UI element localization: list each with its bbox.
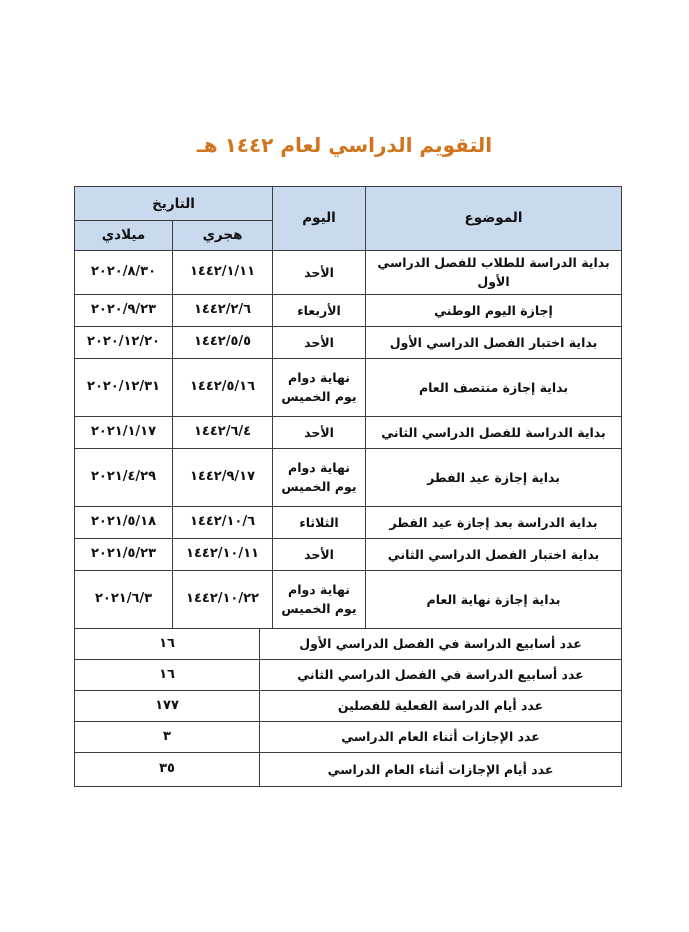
gregorian-date-cell: ٢٠٢٠/١٢/٣١ <box>75 359 172 416</box>
day-cell: الأحد <box>272 327 365 358</box>
day-cell: الأحد <box>272 417 365 448</box>
page-title: التقويم الدراسي لعام ١٤٤٢ هـ <box>0 133 689 157</box>
header-gregorian: ميلادي <box>75 221 172 250</box>
hijri-date-cell: ١٤٤٢/١٠/٢٢ <box>172 571 272 628</box>
table-row: بداية الدراسة للفصل الدراسي الثاني الأحد… <box>75 417 621 449</box>
summary-value: ١٦ <box>75 629 259 659</box>
gregorian-date-cell: ٢٠٢١/٥/١٨ <box>75 507 172 538</box>
day-cell: الأحد <box>272 539 365 570</box>
gregorian-date-cell: ٢٠٢٠/٩/٢٣ <box>75 295 172 326</box>
day-cell: نهاية دوام يوم الخميس <box>272 449 365 506</box>
summary-label: عدد أسابيع الدراسة في الفصل الدراسي الأو… <box>259 629 621 659</box>
subject-cell: بداية الدراسة بعد إجازة عيد الفطر <box>365 507 621 538</box>
header-date-group: التاريخ هجري ميلادي <box>75 187 272 250</box>
table-row: بداية الدراسة للطلاب للفصل الدراسي الأول… <box>75 251 621 295</box>
table-row: بداية اختبار الفصل الدراسي الأول الأحد ١… <box>75 327 621 359</box>
hijri-date-cell: ١٤٤٢/٢/٦ <box>172 295 272 326</box>
hijri-date-cell: ١٤٤٢/٥/١٦ <box>172 359 272 416</box>
calendar-table: الموضوع اليوم التاريخ هجري ميلادي بداية … <box>74 186 622 787</box>
hijri-date-cell: ١٤٤٢/٩/١٧ <box>172 449 272 506</box>
subject-cell: بداية إجازة نهاية العام <box>365 571 621 628</box>
subject-cell: بداية اختبار الفصل الدراسي الأول <box>365 327 621 358</box>
summary-row: عدد أيام الدراسة الفعلية للفصلين ١٧٧ <box>75 691 621 722</box>
summary-row: عدد أسابيع الدراسة في الفصل الدراسي الثا… <box>75 660 621 691</box>
hijri-date-cell: ١٤٤٢/١/١١ <box>172 251 272 294</box>
header-hijri: هجري <box>172 221 272 250</box>
day-cell: الأربعاء <box>272 295 365 326</box>
subject-cell: بداية الدراسة للطلاب للفصل الدراسي الأول <box>365 251 621 294</box>
summary-row: عدد الإجازات أثناء العام الدراسي ٣ <box>75 722 621 753</box>
header-date: التاريخ <box>75 187 272 221</box>
gregorian-date-cell: ٢٠٢١/١/١٧ <box>75 417 172 448</box>
table-row: بداية إجازة نهاية العام نهاية دوام يوم ا… <box>75 571 621 629</box>
summary-value: ٣ <box>75 722 259 752</box>
table-row: بداية الدراسة بعد إجازة عيد الفطر الثلاث… <box>75 507 621 539</box>
gregorian-date-cell: ٢٠٢٠/٨/٣٠ <box>75 251 172 294</box>
hijri-date-cell: ١٤٤٢/١٠/٦ <box>172 507 272 538</box>
subject-cell: بداية الدراسة للفصل الدراسي الثاني <box>365 417 621 448</box>
summary-label: عدد أيام الإجازات أثناء العام الدراسي <box>259 753 621 786</box>
gregorian-date-cell: ٢٠٢١/٥/٢٣ <box>75 539 172 570</box>
header-day: اليوم <box>272 187 365 250</box>
day-cell: الأحد <box>272 251 365 294</box>
hijri-date-cell: ١٤٤٢/٦/٤ <box>172 417 272 448</box>
summary-row: عدد أسابيع الدراسة في الفصل الدراسي الأو… <box>75 629 621 660</box>
summary-value: ٣٥ <box>75 753 259 786</box>
gregorian-date-cell: ٢٠٢٠/١٢/٢٠ <box>75 327 172 358</box>
summary-value: ١٦ <box>75 660 259 690</box>
table-row: بداية اختبار الفصل الدراسي الثاني الأحد … <box>75 539 621 571</box>
hijri-date-cell: ١٤٤٢/١٠/١١ <box>172 539 272 570</box>
hijri-date-cell: ١٤٤٢/٥/٥ <box>172 327 272 358</box>
day-cell: نهاية دوام يوم الخميس <box>272 571 365 628</box>
summary-label: عدد أيام الدراسة الفعلية للفصلين <box>259 691 621 721</box>
subject-cell: بداية إجازة عيد الفطر <box>365 449 621 506</box>
day-cell: نهاية دوام يوم الخميس <box>272 359 365 416</box>
subject-cell: بداية إجازة منتصف العام <box>365 359 621 416</box>
table-row: إجازة اليوم الوطني الأربعاء ١٤٤٢/٢/٦ ٢٠٢… <box>75 295 621 327</box>
summary-row: عدد أيام الإجازات أثناء العام الدراسي ٣٥ <box>75 753 621 786</box>
table-row: بداية إجازة منتصف العام نهاية دوام يوم ا… <box>75 359 621 417</box>
summary-label: عدد الإجازات أثناء العام الدراسي <box>259 722 621 752</box>
header-date-subrow: هجري ميلادي <box>75 221 272 250</box>
document-page: التقويم الدراسي لعام ١٤٤٢ هـ الموضوع الي… <box>0 0 689 932</box>
summary-value: ١٧٧ <box>75 691 259 721</box>
summary-label: عدد أسابيع الدراسة في الفصل الدراسي الثا… <box>259 660 621 690</box>
gregorian-date-cell: ٢٠٢١/٤/٢٩ <box>75 449 172 506</box>
header-subject: الموضوع <box>365 187 621 250</box>
table-row: بداية إجازة عيد الفطر نهاية دوام يوم الخ… <box>75 449 621 507</box>
day-cell: الثلاثاء <box>272 507 365 538</box>
table-header: الموضوع اليوم التاريخ هجري ميلادي <box>75 187 621 251</box>
subject-cell: إجازة اليوم الوطني <box>365 295 621 326</box>
subject-cell: بداية اختبار الفصل الدراسي الثاني <box>365 539 621 570</box>
gregorian-date-cell: ٢٠٢١/٦/٣ <box>75 571 172 628</box>
